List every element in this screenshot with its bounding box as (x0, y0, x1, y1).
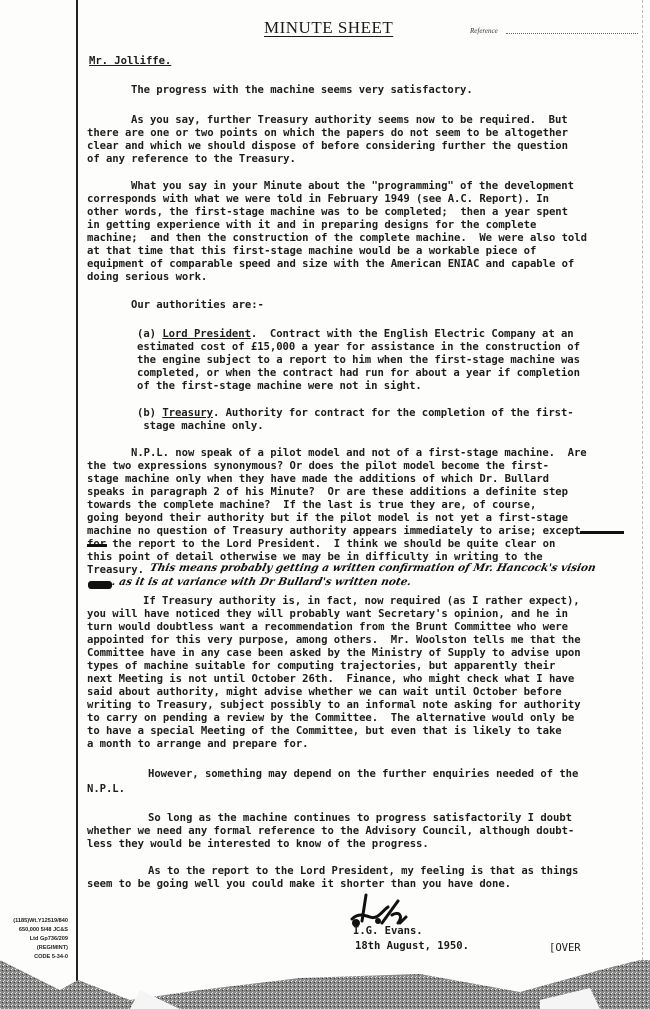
paragraph-line: N.P.L. (87, 783, 125, 796)
paragraph-line: a month to arrange and prepare for. (87, 738, 308, 751)
paragraph-line: N.P.L. now speak of a pilot model and no… (131, 447, 587, 460)
printer-mark-line: Ltd Gp736/209 (2, 935, 68, 944)
paragraph-line: in getting experience with it and in pre… (87, 219, 536, 232)
reference-label: Reference (470, 27, 498, 35)
paragraph-line: What you say in your Minute about the "p… (131, 180, 574, 193)
paragraph-line: you will have noticed they will probably… (87, 608, 568, 621)
strikethrough-for (87, 544, 107, 547)
paragraph-line: towards the complete machine? If the las… (87, 499, 536, 512)
printer-mark-line: 650,000 5/48 JC&S (2, 926, 68, 935)
authority-a-line: (a) Lord President. Contract with the En… (137, 328, 574, 341)
reference-field-line (506, 33, 638, 34)
paragraph-line: corresponds with what we were told in Fe… (87, 193, 549, 206)
paragraph-line: of the first-stage machine were not in s… (137, 380, 422, 393)
signatory-name: I.G. Evans. (353, 925, 423, 938)
paragraph-line: appointed for this very purpose, among o… (87, 634, 581, 647)
paragraph-line: stage machine only. (137, 420, 264, 433)
paragraph-line: speaks in paragraph 2 of his Minute? Or … (87, 486, 568, 499)
paragraph-line: whether we need any formal reference to … (87, 825, 574, 838)
ink-blot (88, 581, 112, 589)
handwritten-note-line-1: This means probably getting a written co… (149, 562, 597, 574)
torn-page-edge (0, 960, 650, 1009)
paragraph-line: turn would doubtless want a recommendati… (87, 621, 568, 634)
paragraph-line: As you say, further Treasury authority s… (131, 114, 568, 127)
paragraph-line: completed, or when the contract had run … (137, 367, 580, 380)
strikethrough-except (580, 531, 624, 534)
paragraph-line: If Treasury authority is, in fact, now r… (143, 595, 580, 608)
printer-imprint: (1185)Wt.Y12519/840 650,000 5/48 JC&S Lt… (2, 917, 68, 962)
page-right-edge (642, 0, 644, 960)
signature-date: 18th August, 1950. (355, 940, 469, 953)
paragraph-line: writing to Treasury, subject possibly to… (87, 699, 581, 712)
handwritten-note-line-2: . as it is at variance with Dr Bullard's… (111, 576, 413, 588)
paragraph-line: to carry on pending a review by the Comm… (87, 712, 574, 725)
minute-sheet-page: MINUTE SHEET Reference Mr. Jolliffe. The… (0, 0, 650, 1009)
paragraph-line: of any reference to the Treasury. (87, 153, 296, 166)
paragraph-line: at that time that this first-stage machi… (87, 245, 536, 258)
authority-b-line: (b) Treasury. Authority for contract for… (137, 407, 574, 420)
paragraph-line: said about authority, might advise wheth… (87, 686, 562, 699)
paragraph-line: However, something may depend on the fur… (148, 768, 578, 781)
paragraph-line: the two expressions synonymous? Or does … (87, 460, 549, 473)
paragraph-line: So long as the machine continues to prog… (148, 812, 572, 825)
paragraph-line: clear and which we should dispose of bef… (87, 140, 568, 153)
printer-mark-line: (REGIMINT) (2, 944, 68, 953)
paragraph-line: doing serious work. (87, 271, 207, 284)
paragraph-line: stage machine only when they have made t… (87, 473, 549, 486)
paragraph-line: going beyond their authority but if the … (87, 512, 568, 525)
paragraph-line: other words, the first-stage machine was… (87, 206, 568, 219)
section-intro: Our authorities are:- (131, 299, 264, 312)
paragraph-line: seem to be going well you could make it … (87, 878, 511, 891)
paragraph-line: for the report to the Lord President. I … (87, 538, 555, 551)
paragraph-line: equipment of comparable speed and size w… (87, 258, 574, 271)
paragraph-line: Committee have in any case been asked by… (87, 647, 581, 660)
paragraph-line: the engine subject to a report to him wh… (137, 354, 580, 367)
authority-b-heading: Treasury (162, 407, 213, 419)
authority-a-heading: Lord President (162, 328, 251, 340)
paragraph-line: there are one or two points on which the… (87, 127, 568, 140)
addressee: Mr. Jolliffe. (89, 55, 171, 68)
paragraph-line: The progress with the machine seems very… (131, 84, 473, 97)
paragraph-line: As to the report to the Lord President, … (148, 865, 578, 878)
paragraph-line: less they would be interested to know of… (87, 838, 429, 851)
paragraph-line: estimated cost of £15,000 a year for ass… (137, 341, 580, 354)
margin-rule (76, 0, 78, 1009)
paragraph-line: machine; and then the construction of th… (87, 232, 587, 245)
printer-mark-line: (1185)Wt.Y12519/840 (2, 917, 68, 926)
over-marker: [OVER (549, 942, 581, 955)
paragraph-line: types of machine suitable for computing … (87, 660, 555, 673)
paragraph-line: machine no question of Treasury authorit… (87, 525, 581, 538)
paragraph-line: next Meeting is not until October 26th. … (87, 673, 574, 686)
page-title: MINUTE SHEET (264, 18, 393, 38)
paragraph-line: to have a special Meeting of the Committ… (87, 725, 562, 738)
